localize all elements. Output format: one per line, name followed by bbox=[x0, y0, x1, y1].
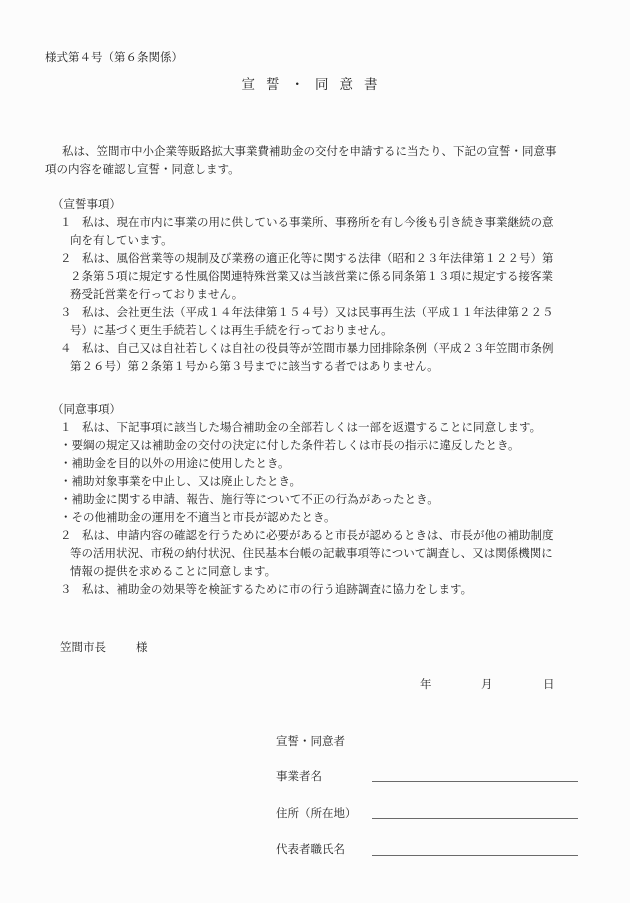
signatory-heading: 宣誓・同意者 bbox=[276, 732, 345, 750]
item-number: ４ bbox=[60, 339, 82, 357]
item-number: ２ bbox=[60, 526, 82, 544]
item-text: 私は、補助金の効果等を検証するために市の行う追跡調査に協力をします。 bbox=[82, 582, 472, 596]
item-text-cont: 情報の提供を求めることに同意します。 bbox=[60, 562, 605, 580]
representative-field[interactable] bbox=[372, 855, 578, 856]
address-field[interactable] bbox=[372, 818, 578, 819]
date-month-label: 月 bbox=[481, 675, 493, 693]
business-name-field[interactable] bbox=[372, 781, 578, 782]
pledge-item-1: １私は、現在市内に事業の用に供している事業所、事務所を有し今後も引き続き事業継続… bbox=[60, 213, 605, 249]
item-text-cont: ２条第５項に規定する性風俗関連特殊営業又は当該営業に係る同条第１３項に規定する接… bbox=[60, 267, 605, 285]
item-text-cont: 務受託営業を行っておりません。 bbox=[60, 285, 605, 303]
item-text: 私は、下記事項に該当した場合補助金の全部若しくは一部を返還することに同意します。 bbox=[82, 420, 541, 434]
item-text: 私は、自己又は自社若しくは自社の役員等が笠間市暴力団排除条例（平成２３年笠間市条… bbox=[82, 341, 554, 355]
item-text-cont: 向を有しています。 bbox=[60, 231, 605, 249]
intro-line-2: 項の内容を確認し宣誓・同意します。 bbox=[45, 160, 600, 178]
item-text: 私は、申請内容の確認を行うために必要があると市長が認めるときは、市長が他の補助制… bbox=[82, 528, 554, 542]
addressee-honorific: 様 bbox=[136, 640, 148, 654]
address-label: 住所（所在地） bbox=[276, 804, 357, 822]
consent-item-1: １私は、下記事項に該当した場合補助金の全部若しくは一部を返還することに同意します… bbox=[60, 418, 605, 436]
pledge-item-2: ２私は、風俗営業等の規制及び業務の適正化等に関する法律（昭和２３年法律第１２２号… bbox=[60, 249, 605, 303]
business-name-label: 事業者名 bbox=[276, 767, 322, 785]
date-year-label: 年 bbox=[420, 675, 432, 693]
item-number: ３ bbox=[60, 580, 82, 598]
consent-bullet: ・要綱の規定又は補助金の交付の決定に付した条件若しくは市長の指示に違反したとき。 bbox=[60, 436, 520, 454]
form-number: 様式第４号（第６条関係） bbox=[45, 48, 183, 66]
pledge-section-heading: （宣誓事項） bbox=[52, 195, 121, 213]
consent-bullet: ・補助金を目的以外の用途に使用したとき。 bbox=[60, 454, 290, 472]
consent-item-2: ２私は、申請内容の確認を行うために必要があると市長が認めるときは、市長が他の補助… bbox=[60, 526, 605, 580]
item-text: 私は、会社更生法（平成１４年法律第１５４号）又は民事再生法（平成１１年法律第２２… bbox=[82, 305, 554, 319]
intro-paragraph: 私は、笠間市中小企業等販路拡大事業費補助金の交付を申請するに当たり、下記の宣誓・… bbox=[45, 142, 600, 178]
consent-bullet: ・補助金に関する申請、報告、施行等について不正の行為があったとき。 bbox=[60, 490, 439, 508]
pledge-item-4: ４私は、自己又は自社若しくは自社の役員等が笠間市暴力団排除条例（平成２３年笠間市… bbox=[60, 339, 605, 375]
representative-label: 代表者職氏名 bbox=[276, 840, 345, 858]
pledge-item-3: ３私は、会社更生法（平成１４年法律第１５４号）又は民事再生法（平成１１年法律第２… bbox=[60, 303, 605, 339]
addressee-name: 笠間市長 bbox=[60, 640, 106, 654]
consent-section-heading: （同意事項） bbox=[52, 400, 121, 418]
consent-item-3: ３私は、補助金の効果等を検証するために市の行う追跡調査に協力をします。 bbox=[60, 580, 605, 598]
item-text: 私は、現在市内に事業の用に供している事業所、事務所を有し今後も引き続き事業継続の… bbox=[82, 215, 554, 229]
item-text-cont: 等の活用状況、市税の納付状況、住民基本台帳の記載事項等について調査し、又は関係機… bbox=[60, 544, 605, 562]
item-text-cont: 第２６号）第２条第１号から第３号までに該当する者ではありません。 bbox=[60, 357, 605, 375]
intro-line-1: 私は、笠間市中小企業等販路拡大事業費補助金の交付を申請するに当たり、下記の宣誓・… bbox=[45, 142, 600, 160]
addressee: 笠間市長様 bbox=[60, 638, 148, 656]
item-number: １ bbox=[60, 213, 82, 231]
item-text: 私は、風俗営業等の規制及び業務の適正化等に関する法律（昭和２３年法律第１２２号）… bbox=[82, 251, 554, 265]
item-number: １ bbox=[60, 418, 82, 436]
item-number: ２ bbox=[60, 249, 82, 267]
consent-bullet: ・補助対象事業を中止し、又は廃止したとき。 bbox=[60, 472, 301, 490]
item-number: ３ bbox=[60, 303, 82, 321]
consent-bullet: ・その他補助金の運用を不適当と市長が認めたとき。 bbox=[60, 508, 336, 526]
document-title: 宣誓・同意書 bbox=[0, 76, 630, 94]
date-day-label: 日 bbox=[543, 675, 555, 693]
item-text-cont: 号）に基づく更生手続若しくは再生手続を行っておりません。 bbox=[60, 321, 605, 339]
